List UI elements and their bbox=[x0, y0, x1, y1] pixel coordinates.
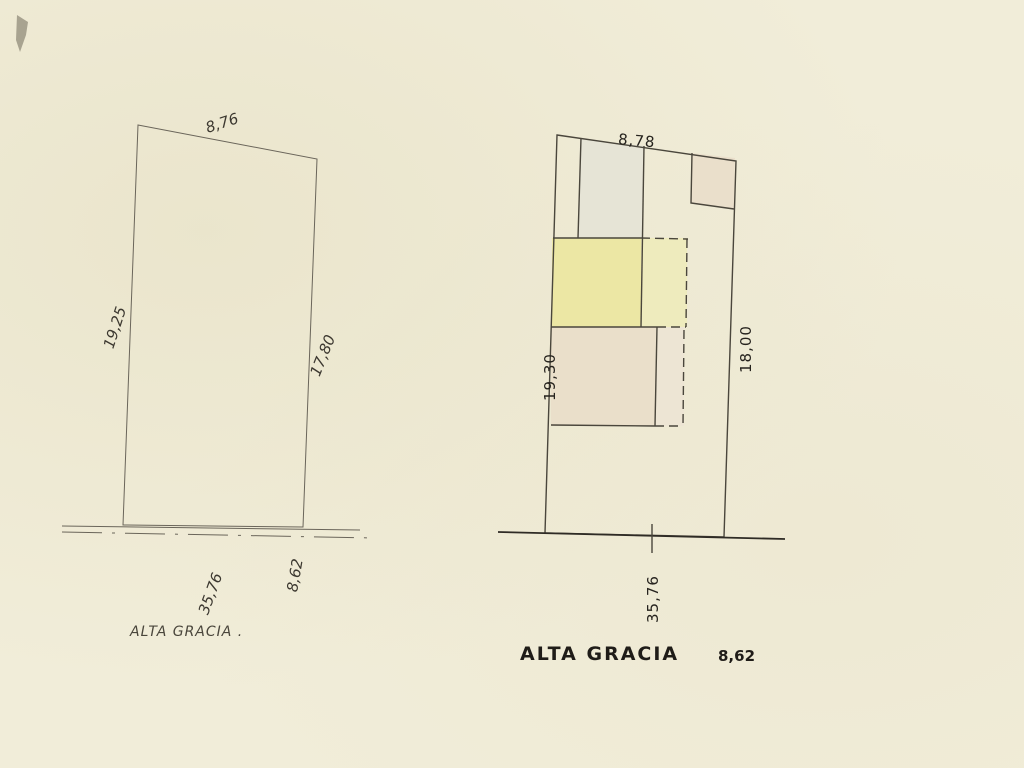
yellow-extension-fill bbox=[641, 238, 687, 327]
right-street-line bbox=[498, 532, 785, 539]
right-street-label: ALTA GRACIA bbox=[520, 643, 679, 665]
right-lot-plan: 8,78 19,30 18,00 35,76 ALTA GRACIA 8,62 bbox=[498, 130, 785, 665]
right-top-dimension: 8,78 bbox=[617, 130, 656, 151]
left-street-centerline bbox=[62, 532, 375, 538]
left-right-dimension: 17,80 bbox=[306, 332, 339, 379]
left-street-label: ALTA GRACIA . bbox=[129, 624, 243, 640]
site-plans-drawing: 8,76 19,25 17,80 35,76 8,62 ALTA GRACIA … bbox=[0, 0, 1024, 768]
left-top-dimension: 8,76 bbox=[203, 109, 240, 136]
right-left-dimension: 19,30 bbox=[541, 353, 559, 401]
wall-line bbox=[551, 425, 655, 426]
pink-extension-fill bbox=[656, 327, 684, 426]
pink-small-room-fill bbox=[691, 153, 735, 209]
left-street-dim-a: 35,76 bbox=[195, 570, 227, 617]
right-right-dimension: 18,00 bbox=[737, 325, 755, 373]
right-street-width: 8,62 bbox=[718, 647, 755, 665]
pink-room-fill bbox=[551, 327, 656, 426]
drawing-sheet: 8,76 19,25 17,80 35,76 8,62 ALTA GRACIA … bbox=[0, 0, 1024, 768]
left-street-line bbox=[62, 526, 360, 530]
yellow-room-fill bbox=[552, 238, 641, 327]
left-left-dimension: 19,25 bbox=[100, 304, 130, 350]
left-lot-plan: 8,76 19,25 17,80 35,76 8,62 ALTA GRACIA … bbox=[62, 109, 375, 640]
left-street-dim-b: 8,62 bbox=[283, 557, 307, 593]
paper-stain-mark bbox=[16, 15, 28, 52]
gray-room-fill bbox=[578, 139, 644, 238]
right-street-offset-dimension: 35,76 bbox=[644, 575, 662, 623]
left-lot-outline bbox=[123, 125, 317, 527]
